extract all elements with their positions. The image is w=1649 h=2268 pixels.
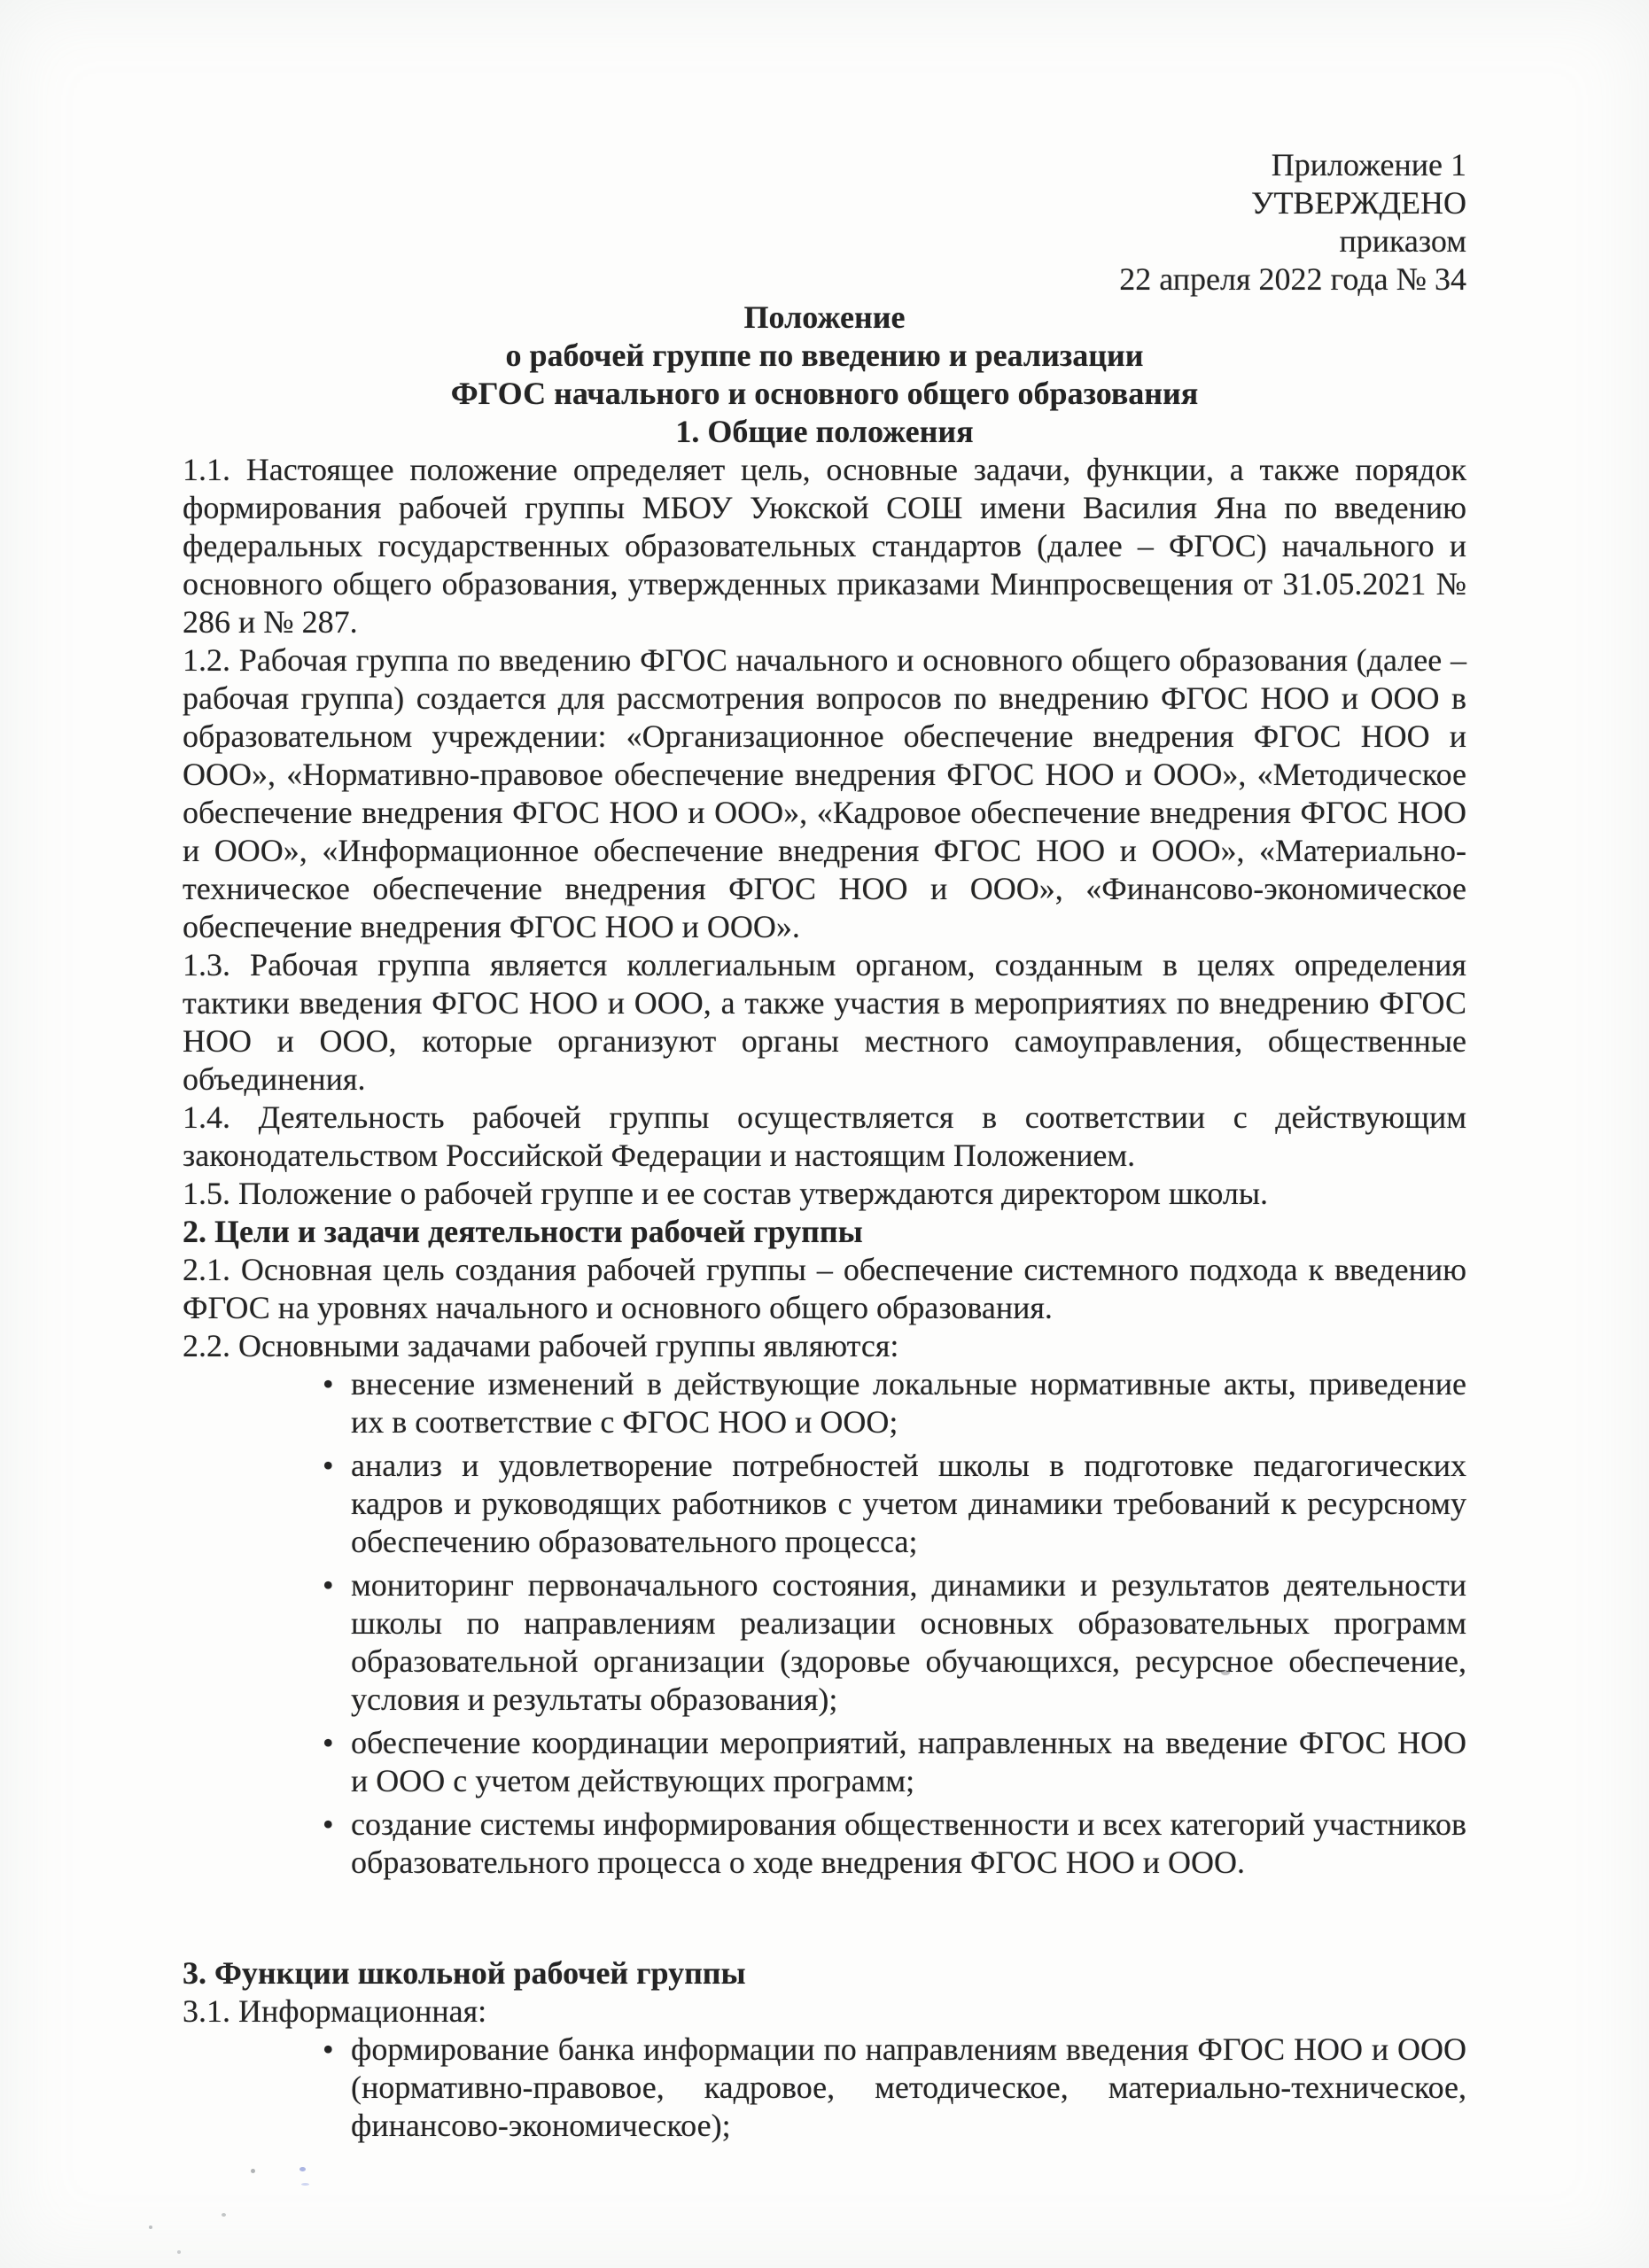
list-item-task-5: создание системы информирования обществе… <box>183 1806 1466 1882</box>
scan-speck <box>177 2250 181 2254</box>
approval-line-approved: УТВЕРЖДЕНО <box>183 184 1466 222</box>
title-line-1: Положение <box>183 299 1466 337</box>
paragraph-2-2: 2.2. Основными задачами рабочей группы я… <box>183 1327 1466 1365</box>
paragraph-1-5: 1.5. Положение о рабочей группе и ее сос… <box>183 1175 1466 1213</box>
title-line-3: ФГОС начального и основного общего образ… <box>183 375 1466 413</box>
section-2-heading: 2. Цели и задачи деятельности рабочей гр… <box>183 1213 1466 1251</box>
document-content: Приложение 1 УТВЕРЖДЕНО приказом 22 апре… <box>0 0 1649 2145</box>
scanned-document-page: Приложение 1 УТВЕРЖДЕНО приказом 22 апре… <box>0 0 1649 2268</box>
functions-list: формирование банка информации по направл… <box>183 2031 1466 2145</box>
list-item-task-1: внесение изменений в действующие локальн… <box>183 1365 1466 1441</box>
approval-block: Приложение 1 УТВЕРЖДЕНО приказом 22 апре… <box>183 146 1466 299</box>
list-item-task-2: анализ и удовлетворение потребностей шко… <box>183 1447 1466 1561</box>
section-3-heading: 3. Функции школьной рабочей группы <box>183 1954 1466 1992</box>
approval-line-date-number: 22 апреля 2022 года № 34 <box>183 260 1466 299</box>
scan-speck <box>301 2183 309 2186</box>
paragraph-1-1: 1.1. Настоящее положение определяет цель… <box>183 451 1466 641</box>
paragraph-3-1: 3.1. Информационная: <box>183 1992 1466 2031</box>
document-title: Положение о рабочей группе по введению и… <box>183 299 1466 413</box>
list-item-task-4: обеспечение координации мероприятий, нап… <box>183 1724 1466 1800</box>
approval-line-by-order: приказом <box>183 222 1466 260</box>
paragraph-1-3: 1.3. Рабочая группа является коллегиальн… <box>183 946 1466 1099</box>
list-item-task-3: мониторинг первоначального состояния, ди… <box>183 1566 1466 1719</box>
scan-speck <box>222 2213 226 2217</box>
paragraph-1-4: 1.4. Деятельность рабочей группы осущест… <box>183 1099 1466 1175</box>
paragraph-2-1: 2.1. Основная цель создания рабочей груп… <box>183 1251 1466 1327</box>
paragraph-1-2: 1.2. Рабочая группа по введению ФГОС нач… <box>183 641 1466 946</box>
list-item-function-1: формирование банка информации по направл… <box>183 2031 1466 2145</box>
approval-line-appendix: Приложение 1 <box>183 146 1466 184</box>
scan-speck <box>1221 1670 1230 1675</box>
title-line-2: о рабочей группе по введению и реализаци… <box>183 337 1466 375</box>
scan-speck <box>251 2169 255 2173</box>
scan-speck <box>299 2167 306 2171</box>
scan-speck <box>948 509 953 513</box>
scan-speck <box>149 2225 152 2229</box>
section-1-heading: 1. Общие положения <box>183 413 1466 451</box>
tasks-list: внесение изменений в действующие локальн… <box>183 1365 1466 1882</box>
